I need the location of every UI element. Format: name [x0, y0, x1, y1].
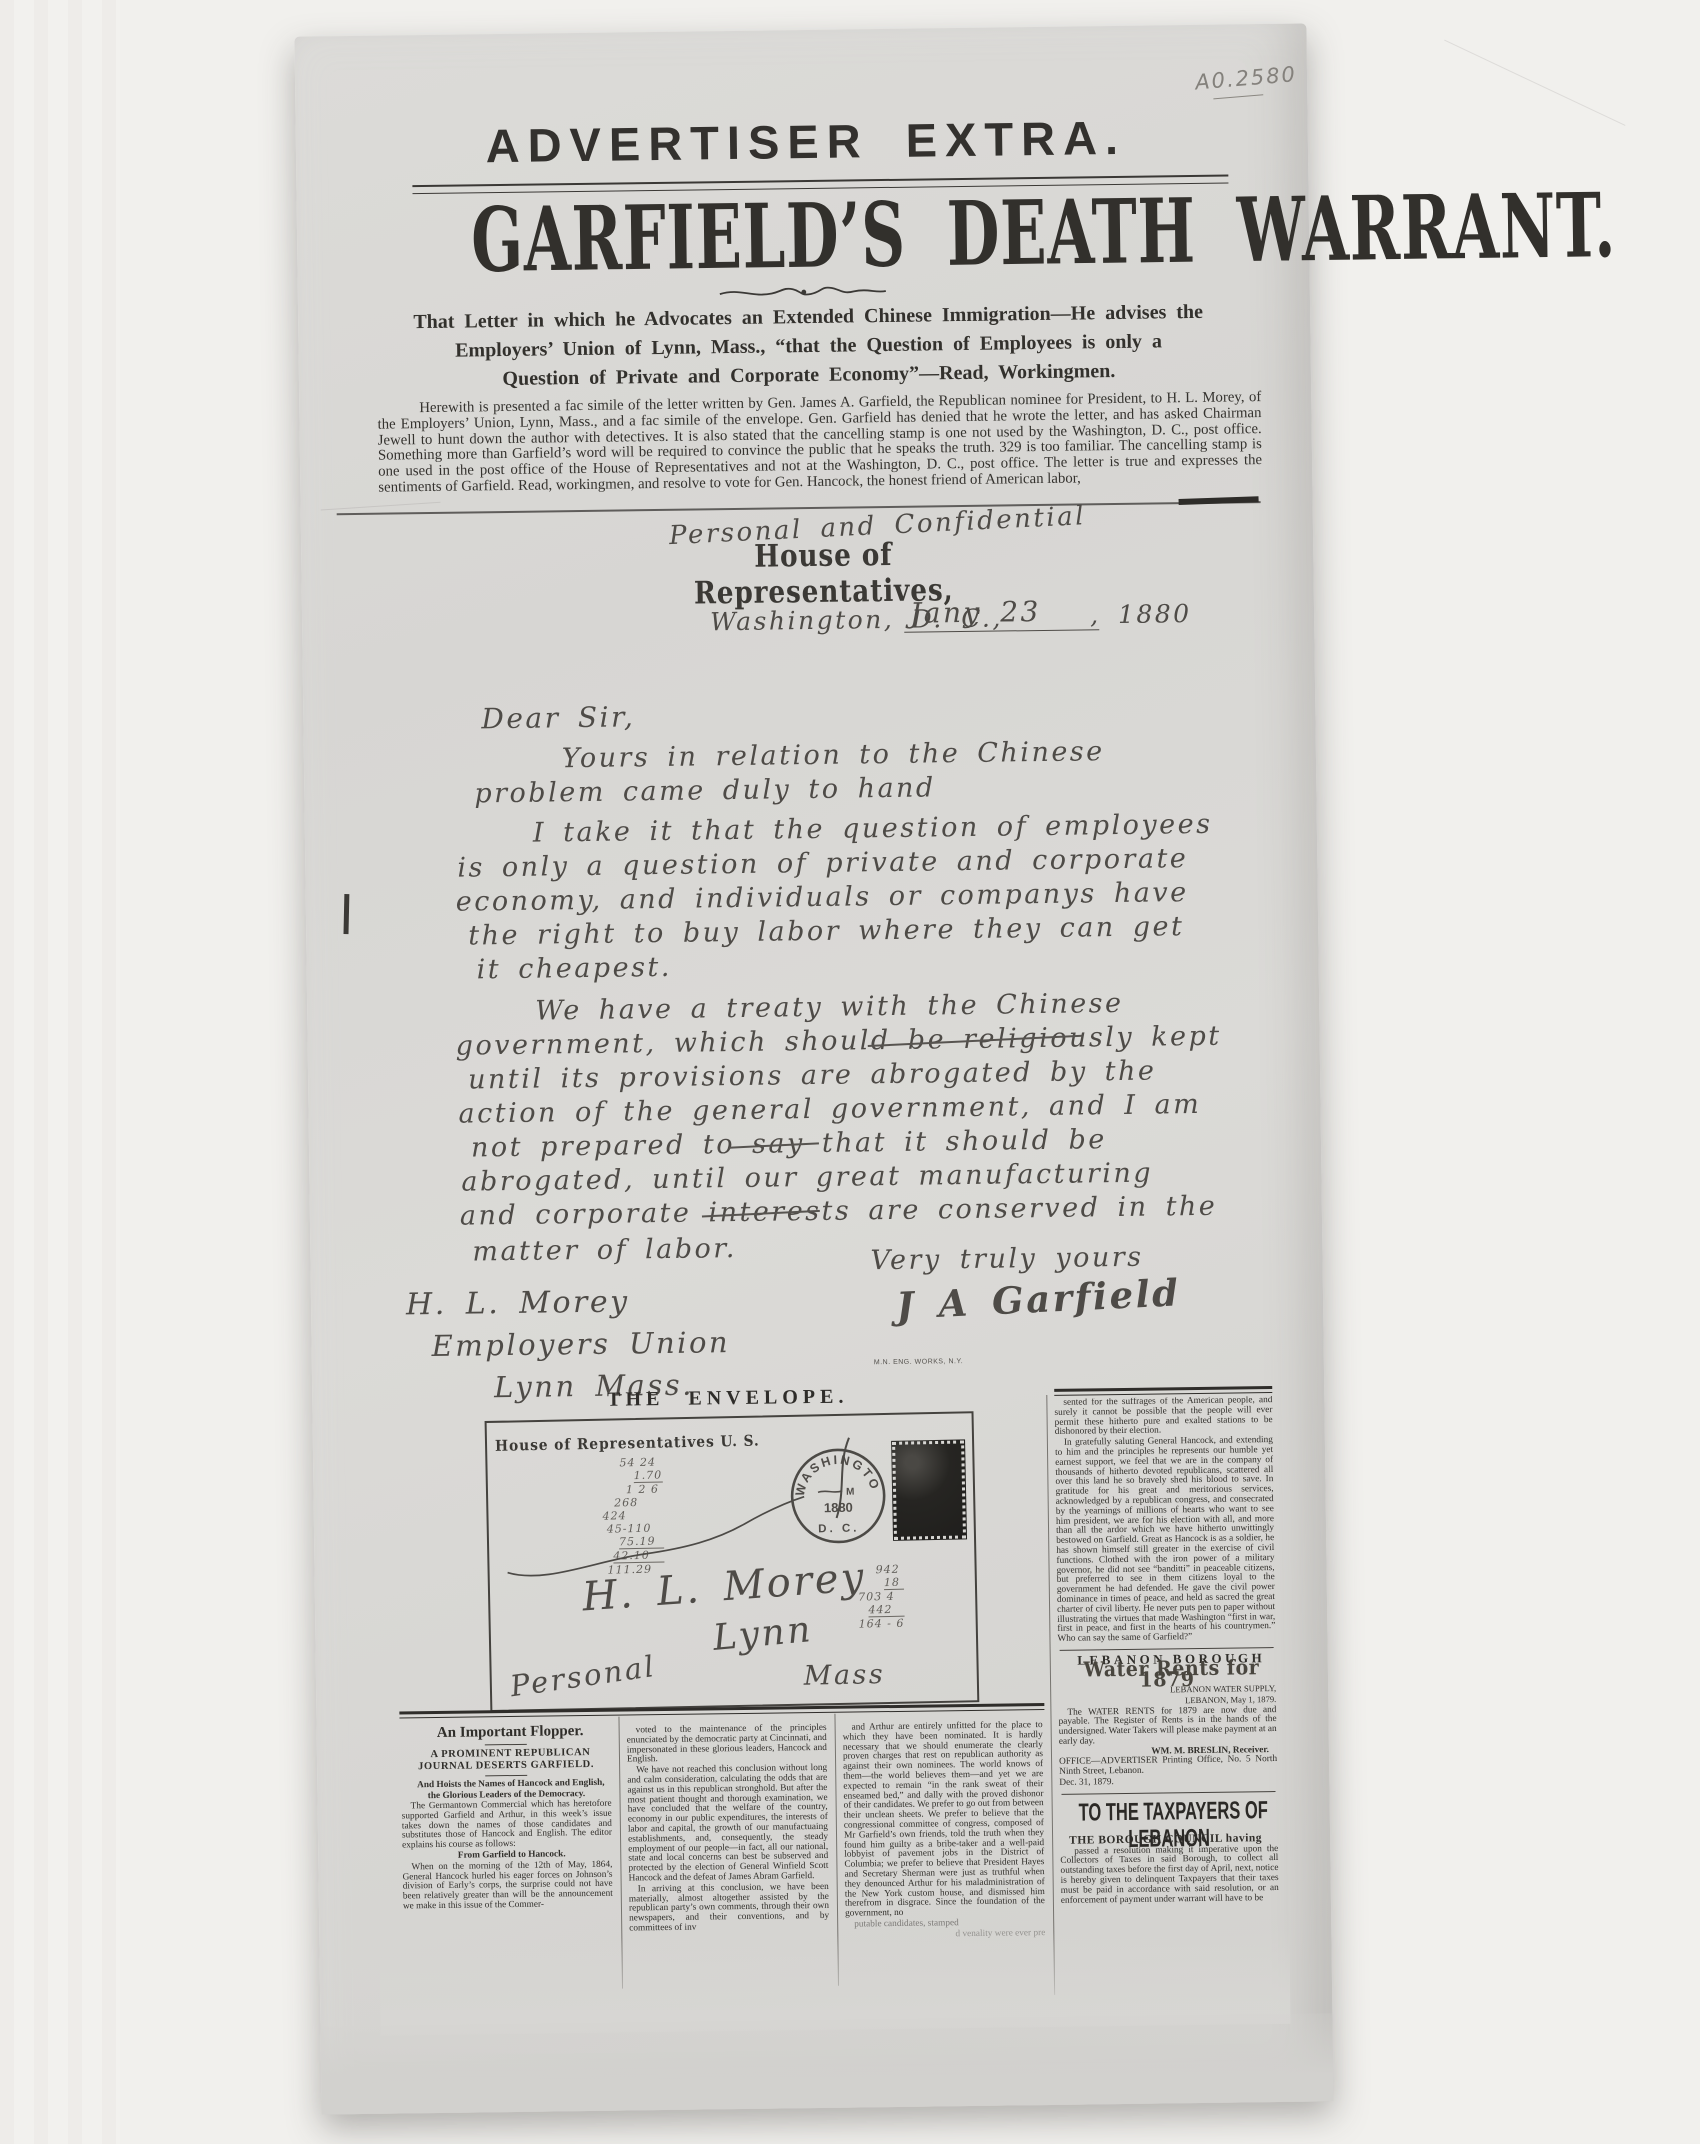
section-rule — [337, 501, 1261, 515]
letter-line: matter of labor. — [472, 1233, 737, 1267]
envelope-address-state: Mass — [803, 1659, 885, 1692]
divider — [1062, 1791, 1276, 1795]
divider — [485, 1775, 527, 1777]
margin-mark — [343, 894, 349, 934]
letter-closing: Very truly yours — [870, 1242, 1143, 1277]
news-column-1: An Important Flopper. A PROMINENT REPUBL… — [401, 1723, 613, 1913]
column-divider — [618, 1717, 623, 1989]
envelope-heading: THE ENVELOPE. — [485, 1384, 970, 1413]
addressee-org: Employers Union — [431, 1325, 730, 1363]
archival-annotation: A0.2580 — [1194, 62, 1297, 94]
lebanon-body: The WATER RENTS for 1879 are now due and… — [1058, 1706, 1276, 1748]
faded-fragment: d venality were ever pre — [845, 1929, 1045, 1941]
engraver-credit: M.N. ENG. WORKS, N.Y. — [874, 1358, 963, 1366]
article-subheading: A PROMINENT REPUBLICAN JOURNAL DESERTS G… — [401, 1747, 611, 1774]
paper-crease — [1444, 40, 1625, 126]
lebanon-office: OFFICE—ADVERTISER Printing Office, No. 5… — [1059, 1755, 1277, 1777]
letter-line: and corporate interests are conserved in… — [460, 1191, 1218, 1232]
annotation-underline — [1213, 94, 1263, 99]
article-paragraph: voted to the maintenance of the principl… — [627, 1724, 827, 1766]
lebanon-subtitle: Water Rents for 1879 — [1058, 1663, 1276, 1687]
subhead-line: Employers’ Union of Lynn, Mass., “that t… — [368, 329, 1248, 364]
taxpayers-body: passed a resolution making it imperative… — [1060, 1845, 1279, 1907]
headline: GARFIELD’S DEATH WARRANT. — [471, 186, 1144, 288]
ink-smudge — [1179, 496, 1259, 505]
news-column-3: and Arthur are entirely unfitted for the… — [843, 1721, 1046, 1942]
article-subheading: And Hoists the Names of Hancock and Engl… — [401, 1778, 611, 1802]
lebanon-date: Dec. 31, 1879. — [1059, 1776, 1277, 1789]
envelope-facsimile: House of Representatives U. S. 54 24 1.7… — [485, 1411, 980, 1712]
column-divider — [834, 1714, 839, 1986]
letter-line: it cheapest. — [476, 952, 672, 986]
divider — [485, 1744, 527, 1746]
column-divider — [1046, 1395, 1055, 1995]
letter-line: the right to buy labor where they can ge… — [468, 911, 1185, 951]
ornament-flourish-icon — [718, 283, 888, 301]
taxpayers-title: TO THE TAXPAYERS OF LEBANON — [1060, 1797, 1279, 1854]
article-paragraph: sented for the suffrages of the American… — [1054, 1396, 1272, 1438]
article-paragraph: In gratefully saluting General Hancock, … — [1055, 1436, 1276, 1645]
letter-line: I take it that the question of employees — [533, 809, 1213, 849]
photo-backdrop: A0.2580 ADVERTISER EXTRA. GARFIELD’S DEA… — [0, 0, 1700, 2144]
article-paragraph: The Germantown Commercial which has here… — [402, 1800, 613, 1852]
masthead-title: ADVERTISER EXTRA. — [356, 108, 1257, 175]
letter-salutation: Dear Sir, — [481, 700, 635, 735]
paper-crease — [321, 502, 441, 511]
letter-dateline-date: Jany 23 — [904, 594, 1099, 633]
addressee-name: H. L. Morey — [406, 1284, 630, 1322]
postage-stamp — [891, 1439, 967, 1540]
intro-paragraph: Herewith is presented a fac simile of th… — [377, 390, 1262, 496]
news-column-2: voted to the maintenance of the principl… — [627, 1724, 830, 1935]
letter-line: problem came duly to hand — [474, 772, 936, 809]
bottom-edge-wear — [320, 2013, 1333, 2114]
svg-text:WASHINGTON: WASHINGTON — [783, 1435, 883, 1498]
envelope-return-address: House of Representatives U. S. — [495, 1432, 760, 1455]
letter-line: until its provisions are abrogated by th… — [468, 1056, 1157, 1096]
letter-line: We have a treaty with the Chinese — [535, 988, 1124, 1027]
garfield-signature: J A Garfield — [895, 1270, 1181, 1328]
pencil-arithmetic-right: 942 18 703 4 442 164 - 6 — [858, 1563, 905, 1631]
subhead-line: That Letter in which he Advocates an Ext… — [368, 300, 1248, 335]
letter-line: abrogated, until our great manufacturing — [461, 1158, 1153, 1198]
news-column-right: sented for the suffrages of the American… — [1054, 1396, 1280, 1999]
broadside-sheet: A0.2580 ADVERTISER EXTRA. GARFIELD’S DEA… — [294, 23, 1333, 2114]
letter-dateline-year: , 1880 — [1090, 599, 1192, 629]
article-heading: An Important Flopper. — [401, 1723, 611, 1743]
subhead-line: Question of Private and Corporate Econom… — [369, 358, 1249, 393]
article-paragraph: In arriving at this conclusion, we have … — [629, 1883, 830, 1935]
article-paragraph: and Arthur are entirely unfitted for the… — [843, 1721, 1046, 1920]
envelope-personal-note: Personal — [508, 1649, 658, 1703]
article-paragraph: When on the morning of the 12th of May, … — [402, 1860, 613, 1912]
envelope-address-city: Lynn — [711, 1609, 814, 1659]
svg-text:M: M — [846, 1487, 855, 1498]
right-column-top-rule — [1054, 1386, 1272, 1396]
letter-line: Yours in relation to the Chinese — [562, 736, 1105, 774]
article-paragraph: We have not reached this conclusion with… — [627, 1764, 829, 1884]
